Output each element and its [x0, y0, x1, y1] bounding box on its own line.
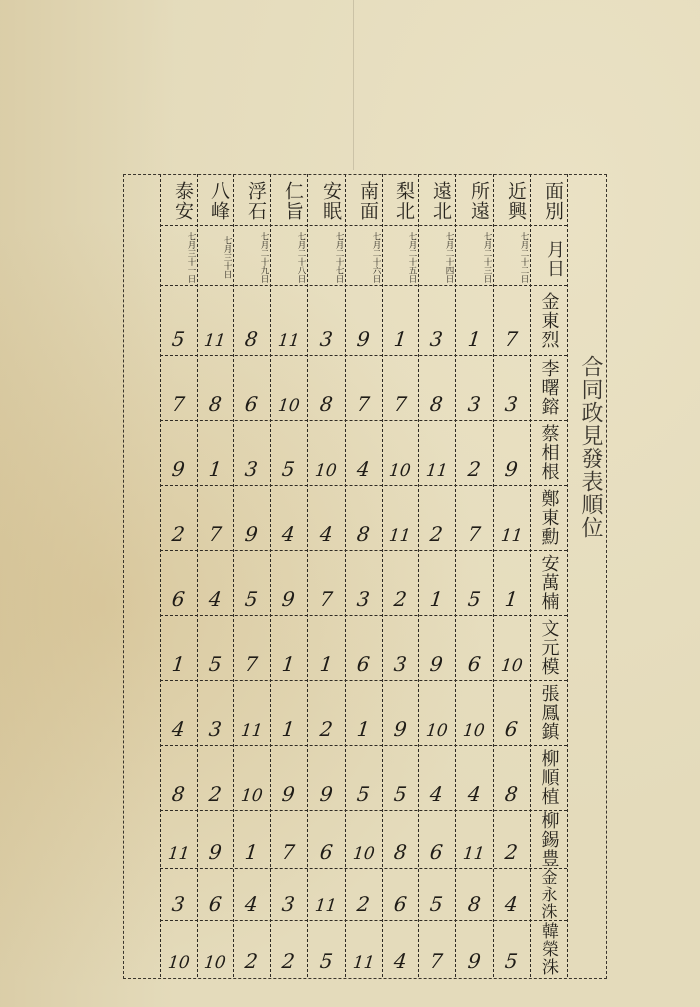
rank-value: 3	[207, 717, 222, 741]
rank-cell: 2	[345, 868, 382, 920]
rank-cell: 8	[307, 355, 345, 420]
rank-cell: 10	[270, 355, 307, 420]
rank-value: 7	[466, 522, 481, 546]
rank-value: 8	[429, 392, 444, 416]
rank-cell: 11	[418, 420, 455, 485]
rank-value: 3	[466, 392, 481, 416]
rank-cell: 11	[455, 810, 493, 868]
rank-value: 6	[171, 587, 186, 611]
column-header-date: 七月二十二日	[493, 225, 530, 285]
rank-cell: 6	[345, 615, 382, 680]
rank-value: 6	[466, 652, 481, 676]
rank-cell: 4	[345, 420, 382, 485]
rank-cell: 11	[270, 285, 307, 355]
column-divider	[567, 174, 568, 977]
rank-value: 9	[171, 457, 186, 481]
rank-cell: 1	[345, 680, 382, 745]
rank-cell: 2	[382, 550, 418, 615]
rank-value: 11	[500, 526, 524, 546]
rank-value: 10	[203, 953, 227, 973]
row-candidate-name: 張鳳鎮	[530, 680, 567, 745]
row-candidate-name: 柳錫豊	[530, 810, 567, 868]
rank-value: 11	[240, 721, 264, 741]
rank-value: 2	[429, 522, 444, 546]
rank-value: 5	[392, 782, 407, 806]
rank-value: 1	[244, 840, 259, 864]
rank-cell: 10	[160, 920, 197, 977]
rank-value: 10	[277, 396, 301, 416]
rank-value: 7	[356, 392, 371, 416]
row-candidate-name: 金東烈	[530, 285, 567, 355]
row-candidate-name: 文元模	[530, 615, 567, 680]
rank-value: 3	[429, 327, 444, 351]
rank-cell: 10	[455, 680, 493, 745]
rank-cell: 1	[455, 285, 493, 355]
rank-value: 4	[429, 782, 444, 806]
rank-cell: 3	[233, 420, 270, 485]
rank-cell: 9	[307, 745, 345, 810]
rank-value: 10	[425, 721, 449, 741]
column-header-region: 南面	[345, 174, 382, 225]
rank-value: 1	[504, 587, 519, 611]
row-candidate-name: 鄭東勳	[530, 485, 567, 550]
rank-cell: 3	[345, 550, 382, 615]
rank-value: 9	[281, 587, 296, 611]
rank-value: 2	[392, 587, 407, 611]
rank-cell: 11	[160, 810, 197, 868]
rank-cell: 1	[270, 615, 307, 680]
rank-value: 4	[318, 522, 333, 546]
rank-value: 1	[429, 587, 444, 611]
rank-cell: 4	[493, 868, 530, 920]
rank-cell: 4	[160, 680, 197, 745]
rank-value: 5	[429, 892, 444, 916]
rank-cell: 11	[382, 485, 418, 550]
rank-cell: 6	[382, 868, 418, 920]
rank-value: 3	[392, 652, 407, 676]
rank-cell: 1	[307, 615, 345, 680]
rank-value: 6	[429, 840, 444, 864]
rank-value: 1	[318, 652, 333, 676]
rank-cell: 3	[455, 355, 493, 420]
rank-cell: 3	[160, 868, 197, 920]
rank-cell: 8	[493, 745, 530, 810]
rank-value: 11	[167, 844, 191, 864]
rank-value: 8	[356, 522, 371, 546]
rank-cell: 10	[382, 420, 418, 485]
rank-cell: 5	[382, 745, 418, 810]
rank-value: 5	[244, 587, 259, 611]
column-header-date: 七月二十三日	[455, 225, 493, 285]
rank-value: 11	[425, 461, 449, 481]
rank-cell: 4	[270, 485, 307, 550]
rank-cell: 5	[160, 285, 197, 355]
rank-cell: 6	[493, 680, 530, 745]
rank-value: 7	[281, 840, 296, 864]
rank-cell: 9	[160, 420, 197, 485]
rank-value: 11	[277, 331, 301, 351]
rank-cell: 3	[270, 868, 307, 920]
rank-value: 7	[318, 587, 333, 611]
rank-cell: 2	[233, 920, 270, 977]
rank-cell: 1	[382, 285, 418, 355]
rank-value: 3	[244, 457, 259, 481]
rank-cell: 4	[455, 745, 493, 810]
rank-cell: 10	[233, 745, 270, 810]
rank-value: 10	[240, 786, 264, 806]
row-candidate-name: 蔡相根	[530, 420, 567, 485]
rank-value: 8	[466, 892, 481, 916]
document-title: 合同政見發表順位	[566, 355, 606, 539]
rank-value: 6	[392, 892, 407, 916]
rank-cell: 7	[455, 485, 493, 550]
row-candidate-name: 柳順植	[530, 745, 567, 810]
rank-value: 8	[244, 327, 259, 351]
rank-value: 10	[352, 844, 376, 864]
column-header-date: 七月三十日	[197, 225, 233, 285]
rank-cell: 7	[233, 615, 270, 680]
column-header-region: 八峰	[197, 174, 233, 225]
rank-value: 6	[356, 652, 371, 676]
rank-value: 7	[244, 652, 259, 676]
column-header-region: 近興	[493, 174, 530, 225]
column-header-region: 遠北	[418, 174, 455, 225]
column-header-date: 七月二十六日	[345, 225, 382, 285]
rank-value: 1	[356, 717, 371, 741]
rank-value: 7	[207, 522, 222, 546]
rank-cell: 5	[307, 920, 345, 977]
rank-cell: 2	[418, 485, 455, 550]
column-header-date: 七月二十五日	[382, 225, 418, 285]
rank-value: 7	[171, 392, 186, 416]
rank-value: 1	[207, 457, 222, 481]
rank-value: 4	[171, 717, 186, 741]
rank-value: 2	[504, 840, 519, 864]
rank-cell: 2	[455, 420, 493, 485]
header-label-region: 面別	[530, 174, 567, 225]
rank-value: 6	[318, 840, 333, 864]
rank-value: 8	[318, 392, 333, 416]
rank-cell: 5	[418, 868, 455, 920]
rank-cell: 9	[197, 810, 233, 868]
rank-value: 10	[462, 721, 486, 741]
rank-value: 4	[281, 522, 296, 546]
rank-value: 2	[356, 892, 371, 916]
rank-cell: 1	[418, 550, 455, 615]
rank-cell: 5	[455, 550, 493, 615]
row-candidate-name: 金永洙	[530, 868, 567, 920]
rank-cell: 8	[197, 355, 233, 420]
rank-value: 2	[466, 457, 481, 481]
rank-value: 10	[314, 461, 338, 481]
rank-cell: 5	[233, 550, 270, 615]
rank-value: 5	[466, 587, 481, 611]
rank-value: 4	[392, 949, 407, 973]
rank-cell: 11	[493, 485, 530, 550]
rank-cell: 9	[455, 920, 493, 977]
rank-cell: 3	[493, 355, 530, 420]
rank-value: 7	[392, 392, 407, 416]
rank-cell: 1	[270, 680, 307, 745]
rank-cell: 1	[233, 810, 270, 868]
rank-cell: 3	[418, 285, 455, 355]
rank-value: 2	[171, 522, 186, 546]
rank-cell: 8	[455, 868, 493, 920]
rank-cell: 9	[382, 680, 418, 745]
rank-value: 1	[466, 327, 481, 351]
rank-value: 7	[429, 949, 444, 973]
rank-value: 9	[356, 327, 371, 351]
rank-cell: 2	[493, 810, 530, 868]
rank-value: 10	[167, 953, 191, 973]
rank-cell: 9	[493, 420, 530, 485]
rank-cell: 10	[197, 920, 233, 977]
rank-value: 3	[281, 892, 296, 916]
rank-cell: 9	[418, 615, 455, 680]
rank-cell: 6	[307, 810, 345, 868]
row-candidate-name: 韓榮洙	[530, 920, 567, 977]
row-candidate-name: 安萬楠	[530, 550, 567, 615]
rank-value: 8	[504, 782, 519, 806]
rank-value: 8	[207, 392, 222, 416]
column-header-region: 仁旨	[270, 174, 307, 225]
rank-value: 8	[392, 840, 407, 864]
rank-cell: 5	[197, 615, 233, 680]
rank-cell: 9	[270, 550, 307, 615]
rank-cell: 4	[382, 920, 418, 977]
rank-value: 2	[318, 717, 333, 741]
rank-value: 5	[207, 652, 222, 676]
rank-cell: 2	[307, 680, 345, 745]
rank-cell: 1	[197, 420, 233, 485]
rank-cell: 7	[160, 355, 197, 420]
rank-cell: 8	[418, 355, 455, 420]
rank-cell: 10	[418, 680, 455, 745]
rank-value: 3	[356, 587, 371, 611]
rank-cell: 1	[493, 550, 530, 615]
rank-cell: 5	[493, 920, 530, 977]
rank-cell: 6	[418, 810, 455, 868]
rank-cell: 7	[197, 485, 233, 550]
rank-value: 6	[504, 717, 519, 741]
rank-value: 5	[171, 327, 186, 351]
rank-cell: 11	[345, 920, 382, 977]
rank-value: 9	[429, 652, 444, 676]
rank-value: 9	[318, 782, 333, 806]
rank-cell: 7	[493, 285, 530, 355]
rank-value: 11	[462, 844, 486, 864]
rank-value: 9	[504, 457, 519, 481]
rank-value: 3	[171, 892, 186, 916]
rank-cell: 9	[233, 485, 270, 550]
rank-value: 5	[281, 457, 296, 481]
column-header-date: 七月二十七日	[307, 225, 345, 285]
rank-cell: 7	[270, 810, 307, 868]
rank-cell: 10	[493, 615, 530, 680]
row-candidate-name: 李曙鎔	[530, 355, 567, 420]
column-header-region: 所遠	[455, 174, 493, 225]
rank-value: 2	[207, 782, 222, 806]
rank-cell: 8	[382, 810, 418, 868]
rank-cell: 11	[197, 285, 233, 355]
rank-cell: 4	[197, 550, 233, 615]
rank-value: 10	[500, 656, 524, 676]
rank-value: 3	[318, 327, 333, 351]
column-header-region: 安眠	[307, 174, 345, 225]
header-label-date: 月日	[530, 225, 567, 285]
rank-value: 5	[356, 782, 371, 806]
rank-cell: 7	[345, 355, 382, 420]
rank-value: 4	[244, 892, 259, 916]
rank-cell: 9	[270, 745, 307, 810]
rank-cell: 2	[160, 485, 197, 550]
rank-cell: 2	[197, 745, 233, 810]
column-header-region: 浮石	[233, 174, 270, 225]
rank-value: 1	[281, 717, 296, 741]
rank-cell: 4	[418, 745, 455, 810]
rank-cell: 6	[455, 615, 493, 680]
rank-cell: 9	[345, 285, 382, 355]
rank-cell: 11	[307, 868, 345, 920]
rank-value: 9	[244, 522, 259, 546]
rank-cell: 6	[197, 868, 233, 920]
rank-value: 4	[504, 892, 519, 916]
rank-value: 6	[207, 892, 222, 916]
rank-cell: 4	[307, 485, 345, 550]
rank-cell: 4	[233, 868, 270, 920]
rank-value: 7	[504, 327, 519, 351]
rank-cell: 5	[270, 420, 307, 485]
rank-value: 3	[504, 392, 519, 416]
rank-cell: 10	[307, 420, 345, 485]
rank-value: 2	[281, 949, 296, 973]
rank-cell: 6	[233, 355, 270, 420]
column-header-date: 七月二十八日	[270, 225, 307, 285]
rank-value: 9	[466, 949, 481, 973]
rank-cell: 7	[382, 355, 418, 420]
rank-value: 6	[244, 392, 259, 416]
column-header-region: 梨北	[382, 174, 418, 225]
rank-value: 4	[356, 457, 371, 481]
rank-value: 10	[388, 461, 412, 481]
rank-cell: 8	[345, 485, 382, 550]
rank-cell: 6	[160, 550, 197, 615]
rank-value: 11	[352, 953, 376, 973]
rank-value: 11	[203, 331, 227, 351]
rank-value: 4	[207, 587, 222, 611]
column-header-region: 泰安	[160, 174, 197, 225]
rank-cell: 8	[233, 285, 270, 355]
rank-value: 4	[466, 782, 481, 806]
rank-value: 5	[318, 949, 333, 973]
rank-value: 5	[504, 949, 519, 973]
rank-cell: 7	[307, 550, 345, 615]
rank-value: 11	[388, 526, 412, 546]
rank-value: 8	[171, 782, 186, 806]
rank-cell: 11	[233, 680, 270, 745]
rank-value: 2	[244, 949, 259, 973]
rank-cell: 3	[382, 615, 418, 680]
rank-cell: 8	[160, 745, 197, 810]
rank-value: 9	[207, 840, 222, 864]
rank-cell: 7	[418, 920, 455, 977]
rank-value: 9	[281, 782, 296, 806]
rank-value: 11	[314, 896, 338, 916]
column-header-date: 七月三十一日	[160, 225, 197, 285]
rank-value: 1	[281, 652, 296, 676]
rank-cell: 3	[197, 680, 233, 745]
column-header-date: 七月二十九日	[233, 225, 270, 285]
rank-cell: 10	[345, 810, 382, 868]
rank-value: 9	[392, 717, 407, 741]
rank-cell: 2	[270, 920, 307, 977]
rank-value: 1	[171, 652, 186, 676]
rank-cell: 5	[345, 745, 382, 810]
rank-cell: 3	[307, 285, 345, 355]
rank-cell: 1	[160, 615, 197, 680]
paper-fold-line	[353, 0, 354, 170]
column-header-date: 七月二十四日	[418, 225, 455, 285]
rank-value: 1	[392, 327, 407, 351]
